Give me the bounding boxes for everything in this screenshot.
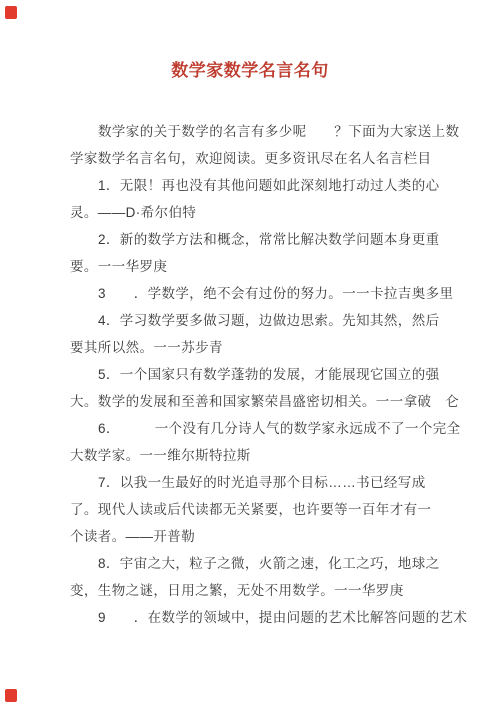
text-line: 变，生物之谜，日用之繁，无处不用数学。一一华罗庚 xyxy=(70,577,470,604)
text-line: 5．一个国家只有数学蓬勃的发展，才能展现它国立的强 xyxy=(70,361,470,388)
text-line: 数学家的关于数学的名言有多少呢 ？下面为大家送上数 xyxy=(70,118,470,145)
text-line: 要其所以然。一一苏步青 xyxy=(70,334,470,361)
article-body: 数学家的关于数学的名言有多少呢 ？下面为大家送上数学家数学名言名句，欢迎阅读。更… xyxy=(70,118,470,631)
text-line: 4．学习数学要多做习题，边做边思索。先知其然，然后 xyxy=(70,307,470,334)
text-line: 2．新的数学方法和概念，常常比解决数学问题本身更重 xyxy=(70,226,470,253)
text-line: 大。数学的发展和至善和国家繁荣昌盛密切相关。一一拿破 仑 xyxy=(70,388,470,415)
text-line: 1．无限！再也没有其他问题如此深刻地打动过人类的心 xyxy=(70,172,470,199)
text-line: 大数学家。一一维尔斯特拉斯 xyxy=(70,442,470,469)
page-title: 数学家数学名言名句 xyxy=(0,58,500,84)
text-line: 6． 一个没有几分诗人气的数学家永远成不了一个完全 xyxy=(70,415,470,442)
red-corner-mark-top-left xyxy=(5,6,17,19)
text-line: 了。现代人读或后代读都无关紧要，也许要等一百年才有一 xyxy=(70,496,470,523)
text-line: 学家数学名言名句，欢迎阅读。更多资讯尽在名人名言栏目 xyxy=(70,145,470,172)
text-line: 3 ．学数学，绝不会有过份的努力。一一卡拉吉奥多里 xyxy=(70,280,470,307)
text-line: 个读者。——开普勒 xyxy=(70,523,470,550)
text-line: 9 ．在数学的领域中，提由问题的艺术比解答问题的艺术 xyxy=(70,604,470,631)
text-line: 8．宇宙之大，粒子之微，火箭之速，化工之巧，地球之 xyxy=(70,550,470,577)
text-line: 灵。——D·希尔伯特 xyxy=(70,199,470,226)
text-line: 7．以我一生最好的时光追寻那个目标……书已经写成 xyxy=(70,469,470,496)
document-page: 数学家数学名言名句 数学家的关于数学的名言有多少呢 ？下面为大家送上数学家数学名… xyxy=(0,0,500,708)
text-line: 要。一一华罗庚 xyxy=(70,253,470,280)
red-corner-mark-bottom-left xyxy=(5,689,17,702)
